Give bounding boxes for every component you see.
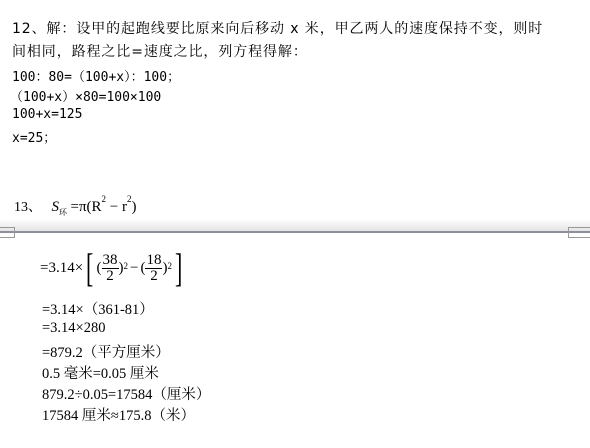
formula-minus-r: − r [106, 199, 127, 215]
problem-12-text-line-1: 12、解：设甲的起跑线要比原来向后移动 x 米，甲乙两人的速度保持不变，则时 [12, 18, 543, 38]
fraction-38-over-2: 38 2 [102, 253, 119, 284]
left-square-bracket: [ [86, 248, 93, 288]
calculation-step: =879.2（平方厘米） [42, 341, 170, 362]
page-margin-marker-left [0, 227, 15, 238]
step-1-prefix: =3.14× [40, 260, 83, 277]
equation-3: 100+x=125 [12, 107, 82, 122]
calculation-step: 0.5 毫米=0.05 厘米 [42, 362, 159, 383]
calculation-step: =3.14×280 [42, 320, 105, 337]
problem-12-text-line-2: 间相同，路程之比=速度之比，列方程得解： [12, 41, 308, 61]
calculation-step: =3.14×（361-81） [42, 298, 154, 319]
problem-13-label: 13、 [14, 200, 42, 215]
ring-subscript: 环 [59, 208, 67, 217]
equation-4: x=25； [12, 127, 56, 146]
page-break-line [0, 231, 590, 233]
exponent: 2 [127, 194, 132, 204]
formula-rhs: =π(R [71, 199, 102, 215]
formula-close: ) [132, 199, 137, 215]
calculation-step: 879.2÷0.05=17584（厘米） [42, 383, 210, 404]
page-margin-marker-right [568, 227, 590, 238]
area-symbol: S [52, 199, 60, 215]
calculation-step: 17584 厘米≈175.8（米） [42, 404, 195, 425]
right-square-bracket: ] [175, 248, 182, 288]
fraction-18-over-2: 18 2 [145, 253, 162, 284]
equation-2: （100+x）×80=100×100 [10, 86, 161, 105]
exponent: 2 [124, 261, 129, 271]
minus-sign: − [130, 260, 138, 277]
exponent: 2 [102, 194, 107, 204]
equation-1: 100：80=（100+x）：100； [12, 66, 180, 85]
calculation-step-1: =3.14× [ ( 38 2 )2 − ( 18 2 )2 ] [40, 246, 185, 290]
page-break-shadow [0, 219, 590, 231]
problem-13-formula: 13、 S环 =π(R2 − r2) [14, 196, 137, 218]
exponent: 2 [167, 261, 172, 271]
